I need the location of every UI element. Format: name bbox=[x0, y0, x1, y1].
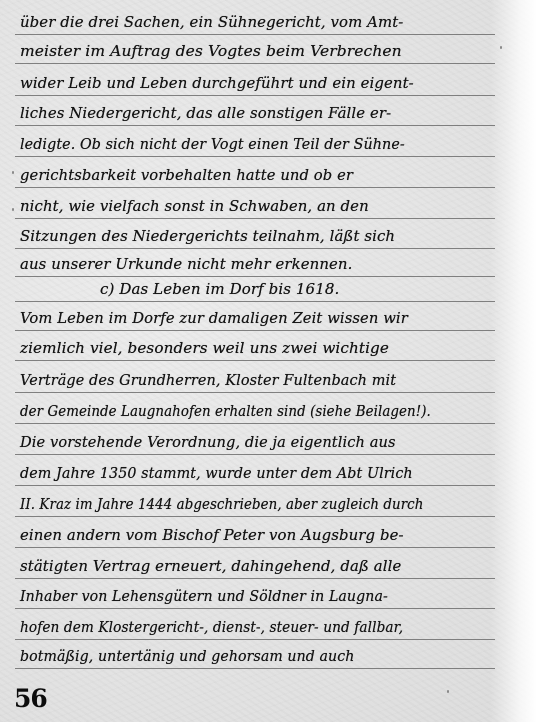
manuscript-line: liches Niedergericht, das alle sonstigen… bbox=[20, 99, 490, 127]
manuscript-page: über die drei Sachen, ein Sühnegericht, … bbox=[0, 0, 537, 722]
manuscript-line: aus unserer Urkunde nicht mehr erkennen. bbox=[20, 250, 490, 278]
manuscript-line: dem Jahre 1350 stammt, wurde unter dem A… bbox=[20, 459, 471, 487]
manuscript-line: ledigte. Ob sich nicht der Vogt einen Te… bbox=[20, 130, 471, 158]
manuscript-line: gerichtsbarkeit vorbehalten hatte und ob… bbox=[20, 161, 486, 189]
manuscript-line: II. Kraz im Jahre 1444 abgeschrieben, ab… bbox=[20, 490, 442, 518]
paper-speck bbox=[447, 690, 449, 693]
manuscript-line: botmäßig, untertänig und gehorsam und au… bbox=[20, 642, 466, 670]
manuscript-line: Inhaber von Lehensgütern und Söldner in … bbox=[20, 582, 466, 610]
manuscript-line: Vom Leben im Dorfe zur damaligen Zeit wi… bbox=[20, 304, 486, 332]
manuscript-line: ziemlich viel, besonders weil uns zwei w… bbox=[20, 334, 500, 362]
page-number: 56 bbox=[14, 684, 47, 713]
paper-speck bbox=[500, 46, 502, 49]
section-heading: c) Das Leben im Dorf bis 1618. bbox=[100, 275, 537, 303]
manuscript-line: wider Leib und Leben durchgeführt und ei… bbox=[20, 69, 490, 97]
manuscript-line: Verträge des Grundherren, Kloster Fulten… bbox=[20, 366, 476, 394]
manuscript-line: Die vorstehende Verordnung, die ja eigen… bbox=[20, 428, 481, 456]
paper-speck bbox=[12, 171, 14, 174]
manuscript-line: über die drei Sachen, ein Sühnegericht, … bbox=[20, 8, 490, 36]
manuscript-line: der Gemeinde Laugnahofen erhalten sind (… bbox=[20, 397, 442, 425]
manuscript-line: stätigten Vertrag erneuert, dahingehend,… bbox=[20, 552, 490, 580]
manuscript-line: meister im Auftrag des Vogtes beim Verbr… bbox=[20, 37, 510, 65]
manuscript-line: Sitzungen des Niedergerichts teilnahm, l… bbox=[20, 222, 490, 250]
manuscript-line: nicht, wie vielfach sonst in Schwaben, a… bbox=[20, 192, 490, 220]
paper-speck bbox=[12, 208, 14, 211]
manuscript-line: einen andern vom Bischof Peter von Augsb… bbox=[20, 521, 490, 549]
manuscript-line: hofen dem Klostergericht-, dienst-, steu… bbox=[20, 613, 452, 641]
